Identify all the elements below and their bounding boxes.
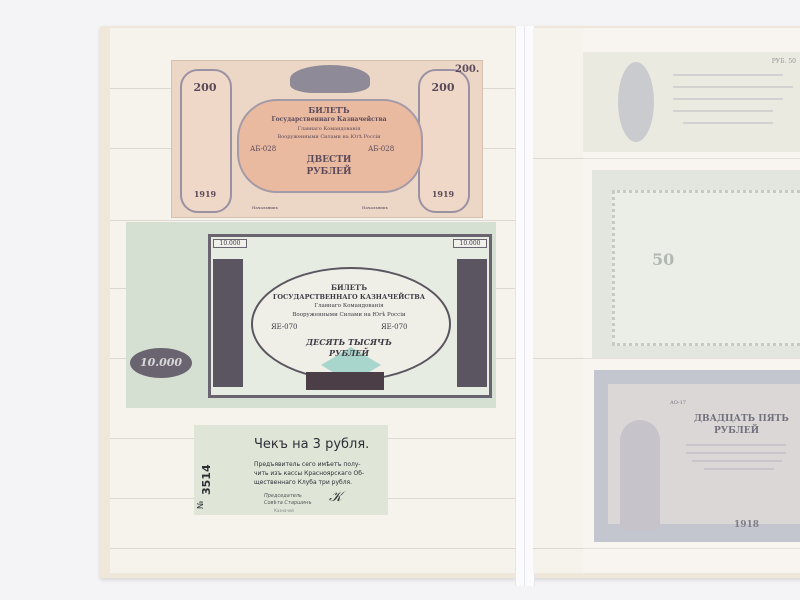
cheque-body-1: Предъявитель сего имѣетъ полу- (254, 461, 361, 468)
note-title: БИЛЕТЪ (238, 105, 420, 115)
serial-left: АБ-028 (250, 145, 276, 153)
issuer-line-3: Вооруженными Силами на Югѣ Россіи (251, 312, 447, 318)
corner-value-right: 200 (424, 81, 462, 94)
note-title: БИЛЕТЪ (251, 283, 447, 292)
serial-left: ЯЕ-070 (271, 323, 298, 331)
cheque-title: Чекъ на 3 рубля. (254, 437, 369, 452)
issuer-line-2: Главнаго Командованія (251, 303, 447, 309)
corner-value-left: 200 (186, 81, 224, 94)
value-words-1: ДЕСЯТЬ ТЫСЯЧЪ (251, 337, 447, 347)
left-pillar (213, 259, 243, 387)
corner-value-left: 10.000 (213, 239, 247, 248)
value-words-1: ДВЕСТИ (238, 155, 420, 165)
signature-label-right: Начальникъ (362, 205, 388, 210)
signer-line-2: Совѣта Старшинъ (264, 500, 312, 506)
signature-label-left: Начальникъ (252, 205, 278, 210)
signer-line-1: Председатель (264, 493, 302, 499)
corner-value-right: 10.000 (453, 239, 487, 248)
watermark-value-badge: 10.000 (130, 348, 192, 378)
album-spine (515, 26, 535, 586)
cheque-number-prefix: № (196, 501, 205, 509)
corner-value: 200. (455, 64, 479, 75)
banknote-200-rubles: 200. 200 200 БИЛЕТЪ Государственнаго Каз… (171, 60, 483, 218)
value-words-2: РУБЛЕЙ (238, 167, 420, 177)
cheque-3-rubles: Чекъ на 3 рубля. № 3514 Предъявитель сег… (194, 425, 388, 515)
serial-right: ЯЕ-070 (381, 323, 408, 331)
issuer-line-1: ГОСУДАРСТВЕННАГО КАЗНАЧЕЙСТВА (251, 293, 447, 301)
cheque-number: 3514 (200, 464, 213, 495)
serial-right: АБ-028 (368, 145, 394, 153)
pocket-film (583, 28, 800, 573)
banknote-10000-rubles: 10.000 10.000 10.000 БИЛЕТЪ ГОСУДАРСТВЕН… (126, 222, 496, 408)
warning-plate (306, 372, 384, 390)
issuer-line-3: Вооруженными Силами на Югѣ Россіи (238, 134, 420, 140)
year-left: 1919 (186, 189, 224, 199)
cheque-footer: Казначей (274, 508, 294, 513)
cheque-body-2: чить изъ кассы Красноярскаго Об- (254, 470, 364, 477)
double-headed-eagle-icon (290, 65, 370, 93)
issuer-line-1: Государственнаго Казначейства (238, 116, 420, 123)
signature: 𝒦 (329, 489, 342, 505)
right-pillar (457, 259, 487, 387)
issuer-line-2: Главнаго Командованія (238, 126, 420, 132)
year-right: 1919 (424, 189, 462, 199)
cheque-body-3: щественнаго Клуба три рубля. (254, 479, 352, 486)
value-words-2: РУБЛЕЙ (251, 348, 447, 358)
